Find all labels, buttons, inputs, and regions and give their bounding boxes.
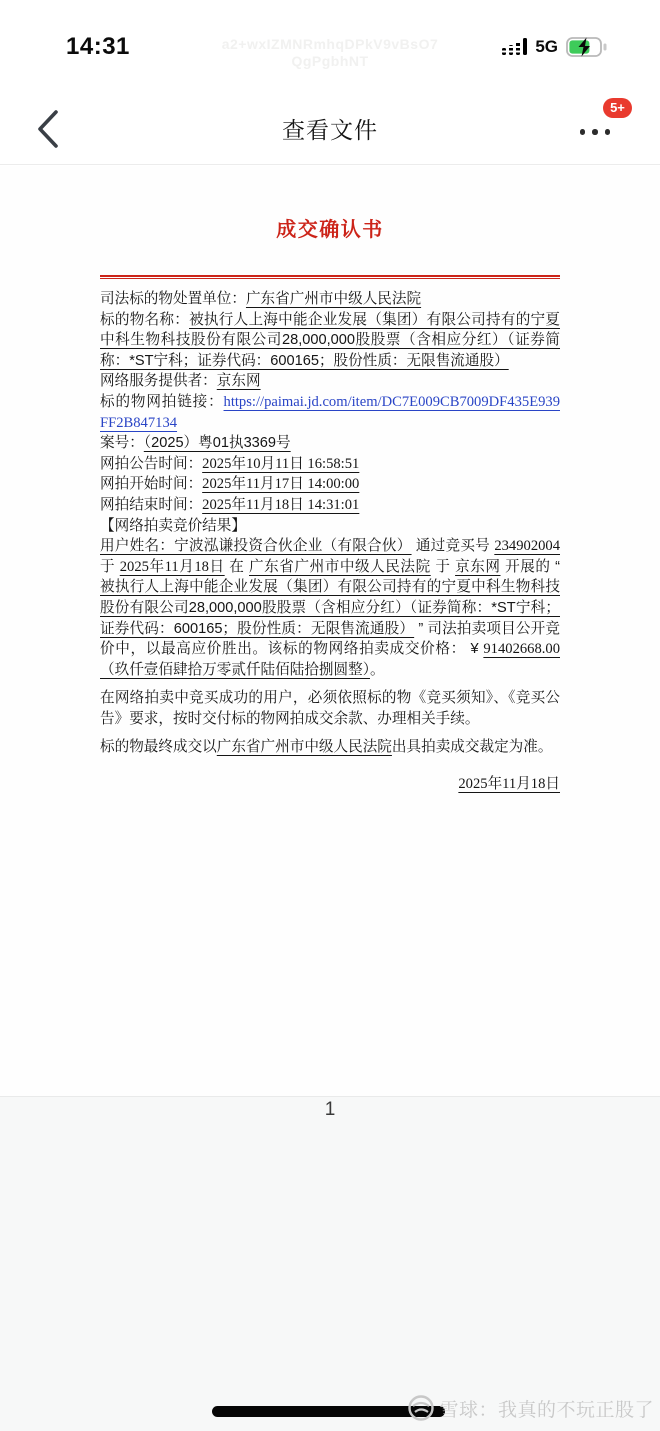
- doc-paragraph: 用户姓名：宁波泓谦投资合伙企业（有限合伙） 通过竞买号 234902004 于 …: [100, 536, 560, 680]
- document-body: 司法标的物处置单位：广东省广州市中级人民法院标的物名称：被执行人上海中能企业发展…: [100, 289, 560, 795]
- doc-paragraph: 标的物最终成交以广东省广州市中级人民法院出具拍卖成交裁定为准。: [100, 737, 560, 758]
- doc-text-segment: 91402668.00: [483, 641, 560, 657]
- doc-text-segment: 开展的 “: [501, 559, 561, 575]
- app-watermark: 雪球：我真的不玩正股了: [407, 1394, 654, 1422]
- doc-paragraph: 网络服务提供者：京东网: [100, 371, 560, 392]
- doc-text-segment: 通过竞买号: [412, 538, 495, 554]
- page-title: 查看文件: [0, 112, 660, 145]
- doc-paragraph: 网拍公告时间：2025年10月11日 16:58:51: [100, 454, 560, 475]
- doc-text-segment: 京东网: [455, 559, 500, 575]
- doc-text-segment: 2025年11月18日 14:31:01: [202, 497, 359, 513]
- doc-text-segment: 于: [100, 559, 120, 575]
- doc-text-segment: 于: [431, 559, 455, 575]
- doc-text-segment: 标的物名称：: [100, 312, 189, 328]
- doc-text-segment: 标的物网拍链接：: [100, 394, 224, 410]
- doc-paragraph: 【网络拍卖竞价结果】: [100, 516, 560, 537]
- doc-text-segment: 在: [225, 559, 249, 575]
- doc-text-segment: （2025）粤01执3369号: [144, 435, 291, 451]
- doc-text-segment: 广东省广州市中级人民法院: [217, 739, 392, 755]
- doc-text-segment: 234902004: [494, 538, 560, 554]
- doc-paragraph: 案号：（2025）粤01执3369号: [100, 433, 560, 454]
- doc-text-segment: 在网络拍卖中竞买成功的用户，必须依照标的物《竞买须知》、《竞买公告》要求，按时交…: [100, 690, 560, 727]
- doc-text-segment: 网拍开始时间：: [100, 476, 202, 492]
- battery-charging-icon: [566, 36, 608, 58]
- double-red-rule: [100, 275, 560, 279]
- doc-text-segment: 广东省广州市中级人民法院: [249, 559, 431, 575]
- network-type-label: 5G: [535, 37, 558, 57]
- notification-badge: 5+: [603, 98, 632, 118]
- doc-text-segment: 2025年11月18日: [458, 776, 560, 792]
- doc-text-segment: 京东网: [217, 373, 261, 389]
- status-icons: 5G: [502, 34, 608, 60]
- doc-text-segment: 网拍公告时间：: [100, 456, 202, 472]
- doc-paragraph: 网拍开始时间：2025年11月17日 14:00:00: [100, 474, 560, 495]
- phone-screen: 14:31 a2+wxIZMNRmhqDPkV9vBsO7 QgPgbhNT 5…: [0, 0, 660, 1431]
- document-page[interactable]: 成交确认书 司法标的物处置单位：广东省广州市中级人民法院标的物名称：被执行人上海…: [0, 166, 660, 1096]
- doc-paragraph: 司法标的物处置单位：广东省广州市中级人民法院: [100, 289, 560, 310]
- doc-text-segment: 网络服务提供者：: [100, 373, 217, 389]
- doc-text-segment: 【网络拍卖竞价结果】: [100, 518, 246, 534]
- doc-text-segment: （玖仟壹佰肆拾万零贰仟陆佰陆拾捌圆整）: [100, 662, 370, 678]
- more-options-button[interactable]: [572, 117, 618, 147]
- doc-text-segment: 网拍结束时间：: [100, 497, 202, 513]
- ellipsis-icon: [572, 129, 618, 135]
- doc-paragraph: 在网络拍卖中竞买成功的用户，必须依照标的物《竞买须知》、《竞买公告》要求，按时交…: [100, 688, 560, 729]
- status-bar: 14:31 a2+wxIZMNRmhqDPkV9vBsO7 QgPgbhNT 5…: [0, 0, 660, 95]
- snowball-logo-icon: [407, 1394, 435, 1422]
- page-gutter: 1 雪球：我真的不玩正股了: [0, 1096, 660, 1431]
- doc-text-segment: 。: [370, 662, 385, 678]
- doc-text-segment: 2025年10月11日 16:58:51: [202, 456, 359, 472]
- cellular-signal-icon: [502, 38, 528, 56]
- doc-text-segment: 用户姓名：宁波泓谦投资合伙企业（有限合伙）: [100, 538, 412, 554]
- doc-text-segment: 案号：: [100, 435, 144, 451]
- doc-paragraph: 网拍结束时间：2025年11月18日 14:31:01: [100, 495, 560, 516]
- doc-text-segment: 司法标的物处置单位：: [100, 291, 246, 307]
- doc-text-segment: 出具拍卖成交裁定为准。: [392, 739, 553, 755]
- document-title: 成交确认书: [100, 213, 560, 242]
- doc-paragraph: 标的物名称：被执行人上海中能企业发展（集团）有限公司持有的宁夏中科生物科技股份有…: [100, 310, 560, 372]
- doc-text-segment: 2025年11月17日 14:00:00: [202, 476, 359, 492]
- watermark-text: 雪球：我真的不玩正股了: [439, 1395, 654, 1422]
- doc-paragraph: 标的物网拍链接：https://paimai.jd.com/item/DC7E0…: [100, 392, 560, 433]
- doc-text-segment: 标的物最终成交以: [100, 739, 217, 755]
- nav-bar: 查看文件 5+: [0, 95, 660, 165]
- page-number: 1: [0, 1099, 660, 1121]
- doc-text-segment: 广东省广州市中级人民法院: [246, 291, 421, 307]
- doc-paragraph: 2025年11月18日: [100, 774, 560, 795]
- doc-text-segment: 2025年11月18日: [120, 559, 225, 575]
